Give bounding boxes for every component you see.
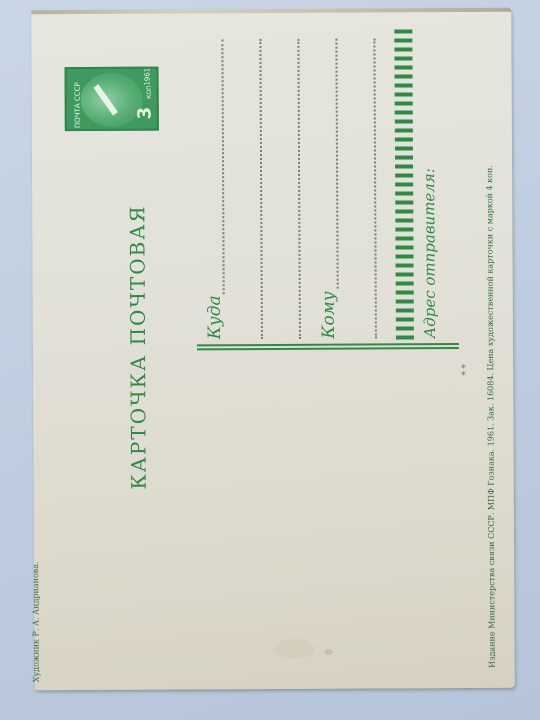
stamp-country: ПОЧТА СССР [74, 70, 82, 128]
postcard-title: КАРТОЧКА ПОЧТОВАЯ [125, 204, 150, 489]
stamp-year: 1961 [143, 68, 151, 86]
to-where-line-1[interactable] [221, 39, 224, 294]
stamp-value: 3 [134, 107, 155, 120]
to-whom-line-2[interactable] [373, 38, 377, 338]
postal-code-bars [394, 29, 414, 341]
artist-credit: Художник Р. А. Андрианова. [31, 561, 41, 682]
stars-mark: ** [461, 366, 466, 380]
postcard: ПОЧТА СССР 1961 КОП 3 КАРТОЧКА ПОЧТОВАЯ … [31, 8, 515, 691]
stain-mark [275, 639, 315, 659]
to-whom-label: Кому [319, 291, 339, 338]
stamp-vignette [81, 73, 143, 127]
to-where-line-3[interactable] [297, 39, 301, 339]
address-divider [197, 343, 459, 350]
to-where-label: Куда [205, 295, 225, 339]
sender-label: Адрес отправителя: [420, 168, 439, 338]
postage-stamp: ПОЧТА СССР 1961 КОП 3 [65, 67, 159, 131]
stain-mark [325, 649, 333, 655]
publisher-line: Издание Министерства связи СССР. МПФ Гоз… [485, 165, 497, 668]
stamp-unit: КОП [146, 85, 153, 99]
to-whom-line-1[interactable] [335, 39, 338, 289]
to-where-line-2[interactable] [259, 39, 263, 339]
